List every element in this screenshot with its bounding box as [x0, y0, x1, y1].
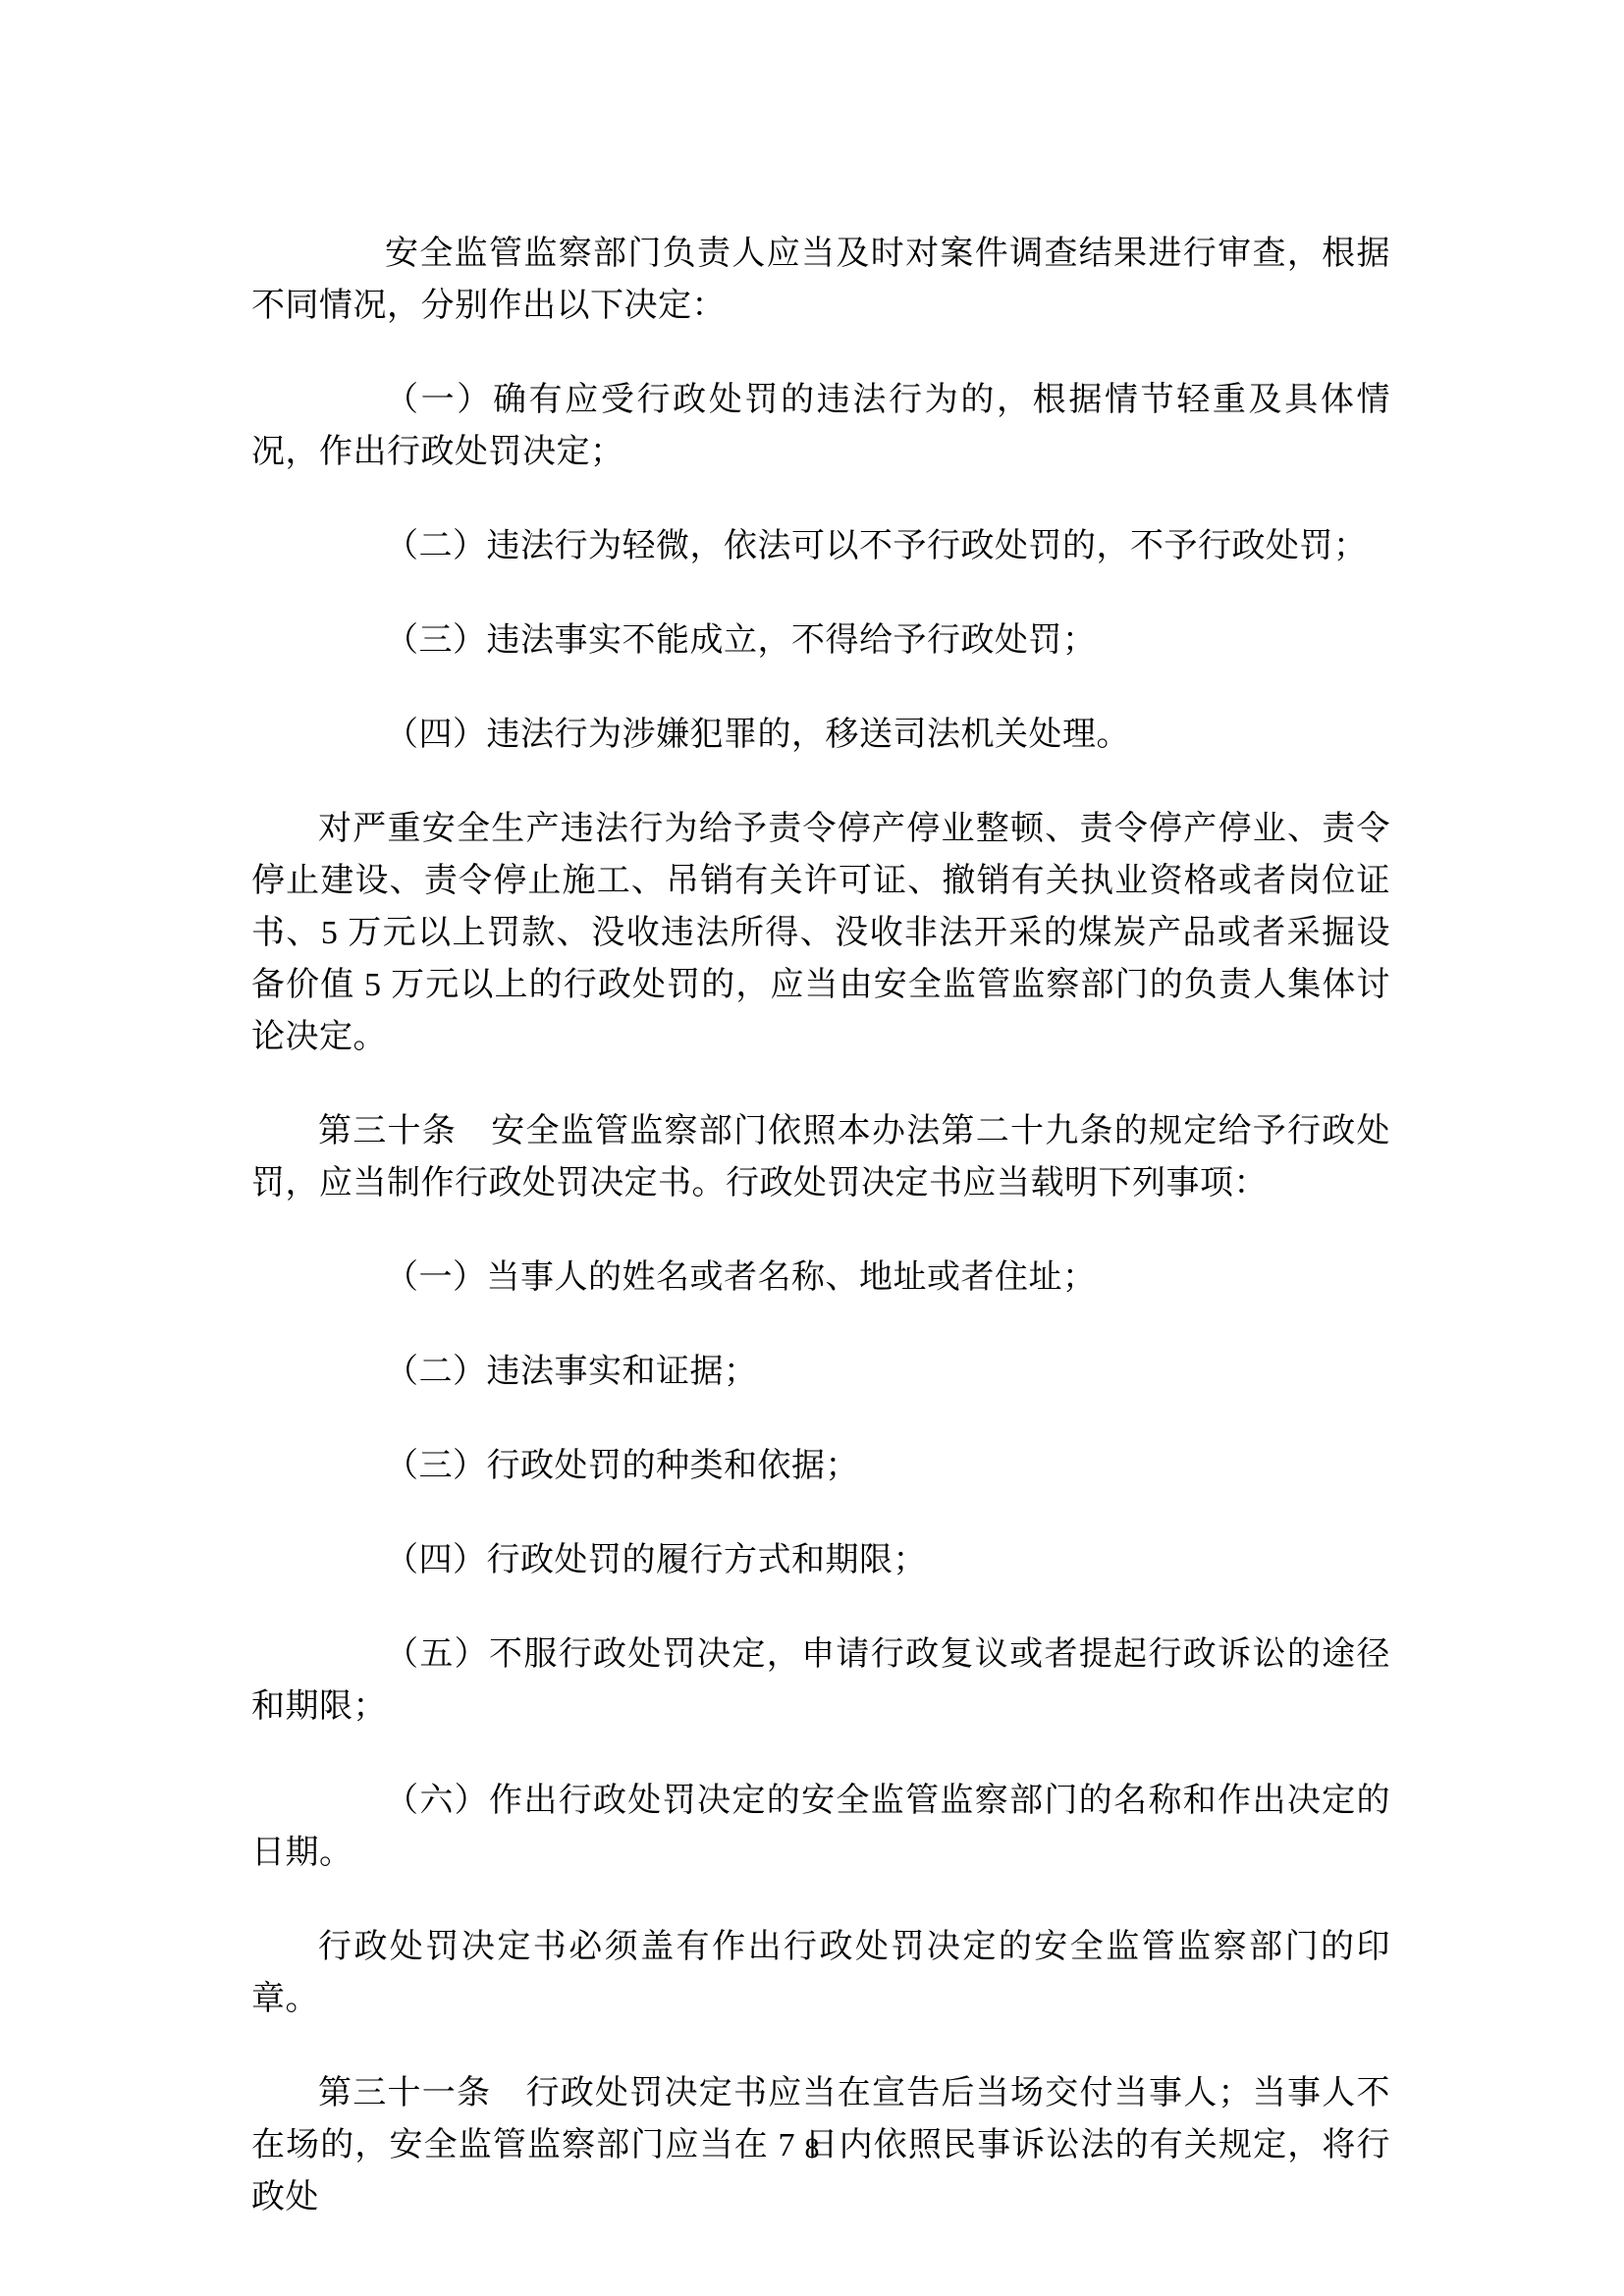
list-item-paragraph: （三）违法事实不能成立，不得给予行政处罚； [251, 614, 1390, 667]
paragraph: 安全监管监察部门负责人应当及时对案件调查结果进行审查，根据不同情况，分别作出以下… [251, 228, 1390, 332]
list-item-paragraph: （四）违法行为涉嫌犯罪的，移送司法机关处理。 [251, 709, 1390, 761]
document-body: 安全监管监察部门负责人应当及时对案件调查结果进行审查，根据不同情况，分别作出以下… [251, 228, 1390, 2266]
list-item-paragraph: （五）不服行政处罚决定，申请行政复议或者提起行政诉讼的途径和期限； [251, 1629, 1390, 1733]
list-item-paragraph: （三）行政处罚的种类和依据； [251, 1440, 1390, 1492]
document-page: 安全监管监察部门负责人应当及时对案件调查结果进行审查，根据不同情况，分别作出以下… [0, 0, 1624, 2296]
paragraph: 对严重安全生产违法行为给予责令停产停业整顿、责令停产停业、责令停止建设、责令停止… [251, 803, 1390, 1063]
list-item-paragraph: （四）行政处罚的履行方式和期限； [251, 1534, 1390, 1586]
list-item-paragraph: （一）确有应受行政处罚的违法行为的，根据情节轻重及具体情况，作出行政处罚决定； [251, 374, 1390, 478]
page-number: 8 [0, 2128, 1624, 2169]
list-item-paragraph: （二）违法事实和证据； [251, 1346, 1390, 1398]
list-item-paragraph: （二）违法行为轻微，依法可以不予行政处罚的，不予行政处罚； [251, 520, 1390, 572]
list-item-paragraph: （一）当事人的姓名或者名称、地址或者住址； [251, 1252, 1390, 1304]
article-paragraph: 第三十条 安全监管监察部门依照本办法第二十九条的规定给予行政处罚，应当制作行政处… [251, 1105, 1390, 1209]
list-item-paragraph: （六）作出行政处罚决定的安全监管监察部门的名称和作出决定的日期。 [251, 1775, 1390, 1879]
paragraph: 行政处罚决定书必须盖有作出行政处罚决定的安全监管监察部门的印章。 [251, 1921, 1390, 2025]
